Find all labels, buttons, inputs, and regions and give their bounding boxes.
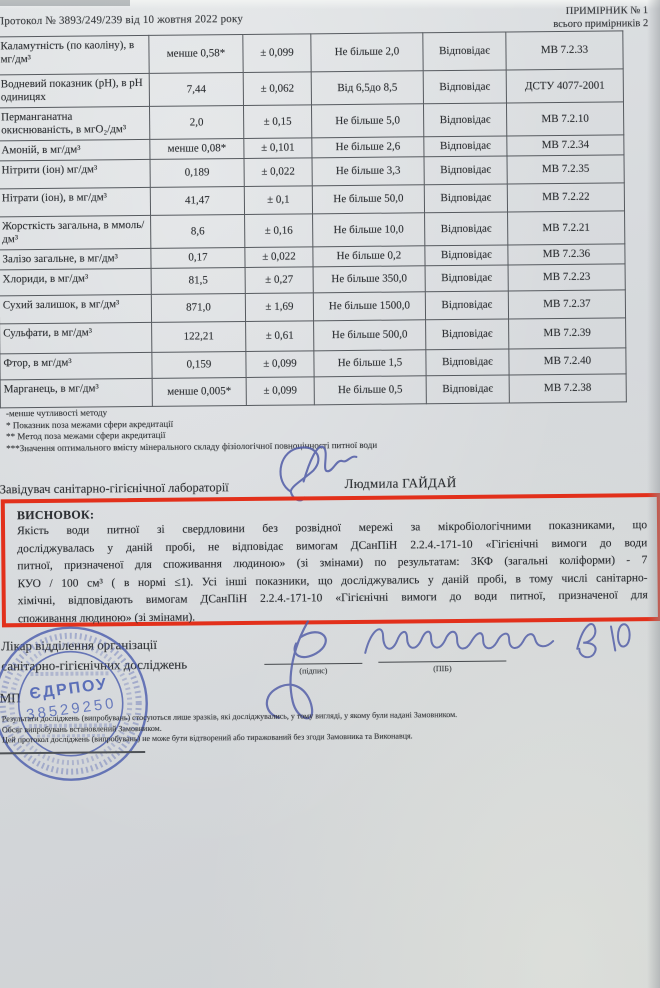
cell-uncertainty: ± 0,15 — [243, 105, 311, 139]
footer-notes-block: Результати досліджень (випробувань) стос… — [2, 710, 458, 746]
cell-parameter: Залізо загальне, в мг/дм³ — [0, 248, 151, 269]
cell-conformity: Відповідає — [424, 184, 507, 213]
cell-method: МВ 7.2.21 — [508, 211, 625, 245]
cell-norm: Не більше 2,6 — [312, 137, 424, 158]
cell-method: ДСТУ 4077-2001 — [506, 69, 623, 103]
cell-norm: Не більше 0,5 — [314, 376, 426, 405]
photo-right-edge — [647, 0, 660, 988]
doctor-title: Лікар відділення організації санітарно-г… — [1, 635, 187, 677]
cell-result: 41,47 — [150, 186, 244, 215]
cell-norm: Не більше 50,0 — [312, 185, 424, 214]
cell-method: МВ 7.2.34 — [507, 135, 624, 156]
cell-uncertainty: ± 0,61 — [246, 321, 314, 352]
cell-result: менше 0,08* — [150, 139, 244, 160]
cell-method: МВ 7.2.33 — [506, 31, 623, 70]
cell-parameter: Жорсткість загальна, в ммоль/ дм³ — [0, 215, 151, 249]
stamp-edrpou-label: ЄДРПОУ — [29, 676, 110, 703]
cell-conformity: Відповідає — [425, 291, 508, 320]
cell-parameter: Фтор, в мг/дм³ — [0, 352, 152, 379]
cell-conformity: Відповідає — [423, 32, 506, 71]
cell-conformity: Відповідає — [425, 265, 508, 292]
cell-norm: Від 6,5до 8,5 — [311, 71, 423, 105]
doctor-title-line1: Лікар відділення організації — [1, 635, 187, 657]
table-row: Каламутність (по каоліну), в мг/дм³менше… — [0, 31, 623, 75]
cell-parameter: Нітрити (іон) мг/дм³ — [0, 159, 150, 188]
cell-method: МВ 7.2.40 — [509, 348, 626, 375]
doctor-title-line2: санітарно-гігієнічних досліджень — [1, 655, 187, 677]
lab-head-title: Завідувач санітарно-гігієнічної лаборато… — [0, 480, 229, 497]
cell-norm: Не більше 5,0 — [311, 104, 423, 138]
cell-norm: Не більше 500,0 — [314, 320, 426, 351]
cell-norm: Не більше 1,5 — [314, 350, 426, 377]
cell-norm: Не більше 10,0 — [313, 213, 425, 247]
cell-uncertainty: ± 0,062 — [243, 72, 311, 106]
cell-conformity: Відповідає — [426, 349, 509, 376]
cell-method: МВ 7.2.22 — [507, 183, 624, 212]
lab-head-name: Людмила ГАЙДАЙ — [345, 475, 457, 492]
cell-norm: Не більше 350,0 — [313, 266, 425, 293]
cell-result: 0,159 — [152, 351, 246, 378]
cell-uncertainty: ± 0,099 — [246, 351, 314, 378]
cell-parameter: Нітрати (іон), в мг/дм³ — [0, 187, 151, 216]
cell-result: 0,17 — [151, 247, 245, 268]
cell-result: 122,21 — [152, 321, 246, 352]
cell-method: МВ 7.2.37 — [508, 290, 625, 319]
cell-result: 2,0 — [149, 106, 243, 140]
photo-top-edge-shadow — [0, 0, 130, 6]
cell-norm: Не більше 0,2 — [313, 246, 425, 267]
bottom-rule-line — [0, 751, 145, 754]
cell-uncertainty: ± 0,099 — [243, 34, 311, 73]
mp-label: МП — [0, 690, 21, 706]
results-table-body: Каламутність (по каоліну), в мг/дм³менше… — [0, 31, 626, 408]
cell-uncertainty: ± 0,1 — [244, 186, 312, 215]
cell-method: МВ 7.2.10 — [506, 102, 623, 136]
cell-parameter: Хлориди, в мг/дм³ — [0, 268, 151, 295]
protocol-number-line: Протокол № 3893/249/239 від 10 жовтня 20… — [0, 13, 243, 27]
cell-method: МВ 7.2.36 — [508, 244, 625, 265]
cell-norm: Не більше 2,0 — [311, 33, 423, 72]
cell-uncertainty: ± 1,69 — [245, 293, 313, 322]
cell-parameter: Сульфати, в мг/дм³ — [0, 322, 152, 353]
cell-result: менше 0,005* — [152, 377, 246, 406]
cell-uncertainty: ± 0,101 — [244, 138, 312, 159]
name-caption: (ПІБ) — [378, 664, 506, 674]
copy-number-block: ПРИМІРНИК № 1 всього примірників 2 — [553, 5, 648, 31]
scanned-protocol-page: Протокол № 3893/249/239 від 10 жовтня 20… — [0, 0, 660, 988]
cell-parameter: Амоній, в мг/дм³ — [0, 139, 150, 160]
cell-uncertainty: ± 0,022 — [245, 247, 313, 268]
cell-result: менше 0,58* — [149, 35, 243, 74]
cell-parameter: Марганець, в мг/дм³ — [0, 378, 152, 407]
cell-result: 7,44 — [149, 73, 243, 107]
cell-parameter: Водневий показник (pH), в pH одиницях — [0, 73, 149, 107]
cell-method: МВ 7.2.35 — [507, 155, 624, 184]
cell-parameter: Сухий залишок, в мг/дм³ — [0, 294, 152, 323]
cell-uncertainty: ± 0,099 — [246, 377, 314, 406]
cell-parameter: Перманганатна окиснюваність, в мгО₂/дм³ — [0, 106, 150, 140]
signature-caption: (підпис) — [264, 666, 362, 676]
cell-uncertainty: ± 0,27 — [245, 267, 313, 294]
cell-conformity: Відповідає — [425, 245, 508, 266]
cell-result: 81,5 — [151, 267, 245, 294]
footnotes-block: -менше чутливості методу * Показник поза… — [6, 405, 377, 455]
cell-norm: Не більше 1500,0 — [313, 292, 425, 321]
cell-result: 871,0 — [151, 293, 245, 322]
cell-conformity: Відповідає — [426, 375, 509, 404]
signature-line — [264, 647, 362, 665]
cell-result: 0,189 — [150, 159, 244, 188]
cell-method: МВ 7.2.23 — [508, 264, 625, 291]
cell-conformity: Відповідає — [424, 136, 507, 157]
cell-conformity: Відповідає — [423, 70, 506, 104]
cell-uncertainty: ± 0,16 — [245, 214, 313, 248]
cell-uncertainty: ± 0,022 — [244, 158, 312, 187]
cell-conformity: Відповідає — [425, 212, 508, 246]
cell-result: 8,6 — [151, 214, 245, 248]
cell-conformity: Відповідає — [424, 156, 507, 185]
document-content: Протокол № 3893/249/239 від 10 жовтня 20… — [0, 0, 660, 988]
cell-parameter: Каламутність (по каоліну), в мг/дм³ — [0, 35, 149, 74]
cell-method: МВ 7.2.38 — [509, 374, 626, 403]
cell-conformity: Відповідає — [423, 103, 506, 137]
table-row: Марганець, в мг/дм³менше 0,005*± 0,099Не… — [0, 374, 626, 408]
conclusion-highlight-box: ВИСНОВОК: Якість води питної зі свердлов… — [1, 493, 660, 627]
name-line — [378, 645, 506, 663]
copy-number-line2: всього примірників 2 — [553, 18, 648, 31]
cell-conformity: Відповідає — [426, 319, 509, 350]
cell-norm: Не більше 3,3 — [312, 157, 424, 186]
results-table: Каламутність (по каоліну), в мг/дм³менше… — [0, 30, 627, 408]
cell-method: МВ 7.2.39 — [509, 318, 626, 349]
